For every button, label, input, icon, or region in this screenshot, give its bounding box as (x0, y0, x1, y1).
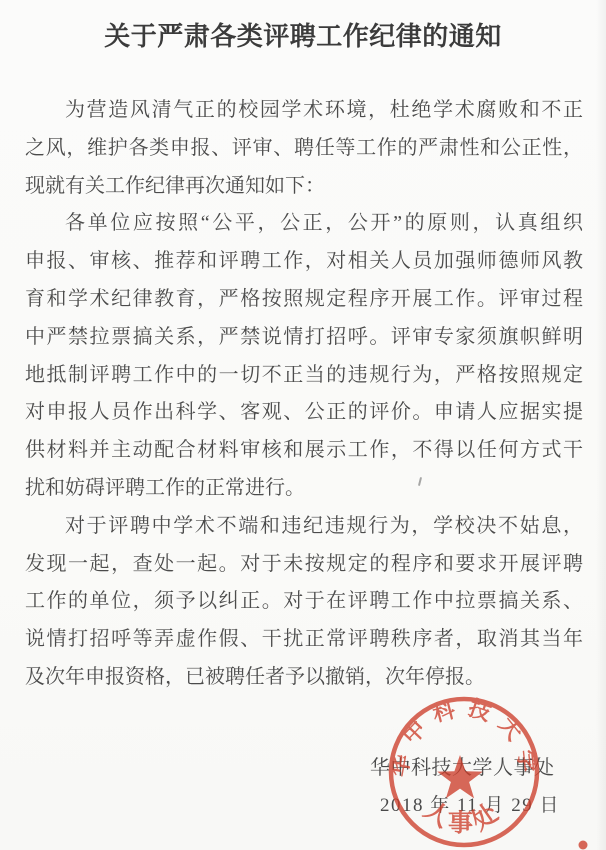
seal-ink-dot (579, 841, 588, 850)
body-line: 之风，维护各类申报、评审、聘任等工作的严肃性和公正性， (25, 130, 583, 168)
signature-date: 2018 年 11 月 29 日 (380, 790, 560, 817)
body-line: 对于评聘中学术不端和违纪违规行为，学校决不姑息， (25, 508, 583, 546)
body-line: 对申报人员作出科学、客观、公正的评价。申请人应据实提 (25, 394, 583, 432)
body-line: 各单位应按照“公平，公正，公开”的原则，认真组织 (25, 205, 583, 243)
scan-edge-shadow (596, 0, 606, 850)
body-line: 申报、审核、推荐和评聘工作，对相关人员加强师德师风教 (25, 243, 583, 281)
body-line: 发现一起，查处一起。对于未按规定的程序和要求开展评聘 (25, 546, 583, 584)
document-title: 关于严肃各类评聘工作纪律的通知 (0, 16, 606, 53)
scanned-notice-page: 关于严肃各类评聘工作纪律的通知 为营造风清气正的校园学术环境，杜绝学术腐败和不正… (0, 0, 606, 850)
body-line: 及次年申报资格，已被聘任者予以撤销，次年停报。 (25, 659, 583, 697)
body-line: 为营造风清气正的校园学术环境，杜绝学术腐败和不正 (25, 92, 583, 130)
body-line: 现就有关工作纪律再次通知如下： (25, 168, 583, 206)
body-line: 育和学术纪律教育，严格按照规定程序开展工作。评审过程 (25, 281, 583, 319)
signature-issuer: 华中科技大学人事处 (370, 751, 555, 780)
body-line: 中严禁拉票搞关系，严禁说情打招呼。评审专家须旗帜鲜明 (25, 319, 583, 357)
body-line: 说情打招呼等弄虚作假、干扰正常评聘秩序者，取消其当年 (25, 621, 583, 659)
body-line: 扰和妨碍评聘工作的正常进行。 (25, 470, 583, 508)
document-body: 为营造风清气正的校园学术环境，杜绝学术腐败和不正之风，维护各类申报、评审、聘任等… (25, 92, 583, 697)
body-line: 供材料并主动配合材料审核和展示工作，不得以任何方式干 (25, 432, 583, 470)
body-line: 地抵制评聘工作中的一切不正当的违规行为，严格按照规定 (25, 357, 583, 395)
body-line: 工作的单位，须予以纠正。对于在评聘工作中拉票搞关系、 (25, 583, 583, 621)
